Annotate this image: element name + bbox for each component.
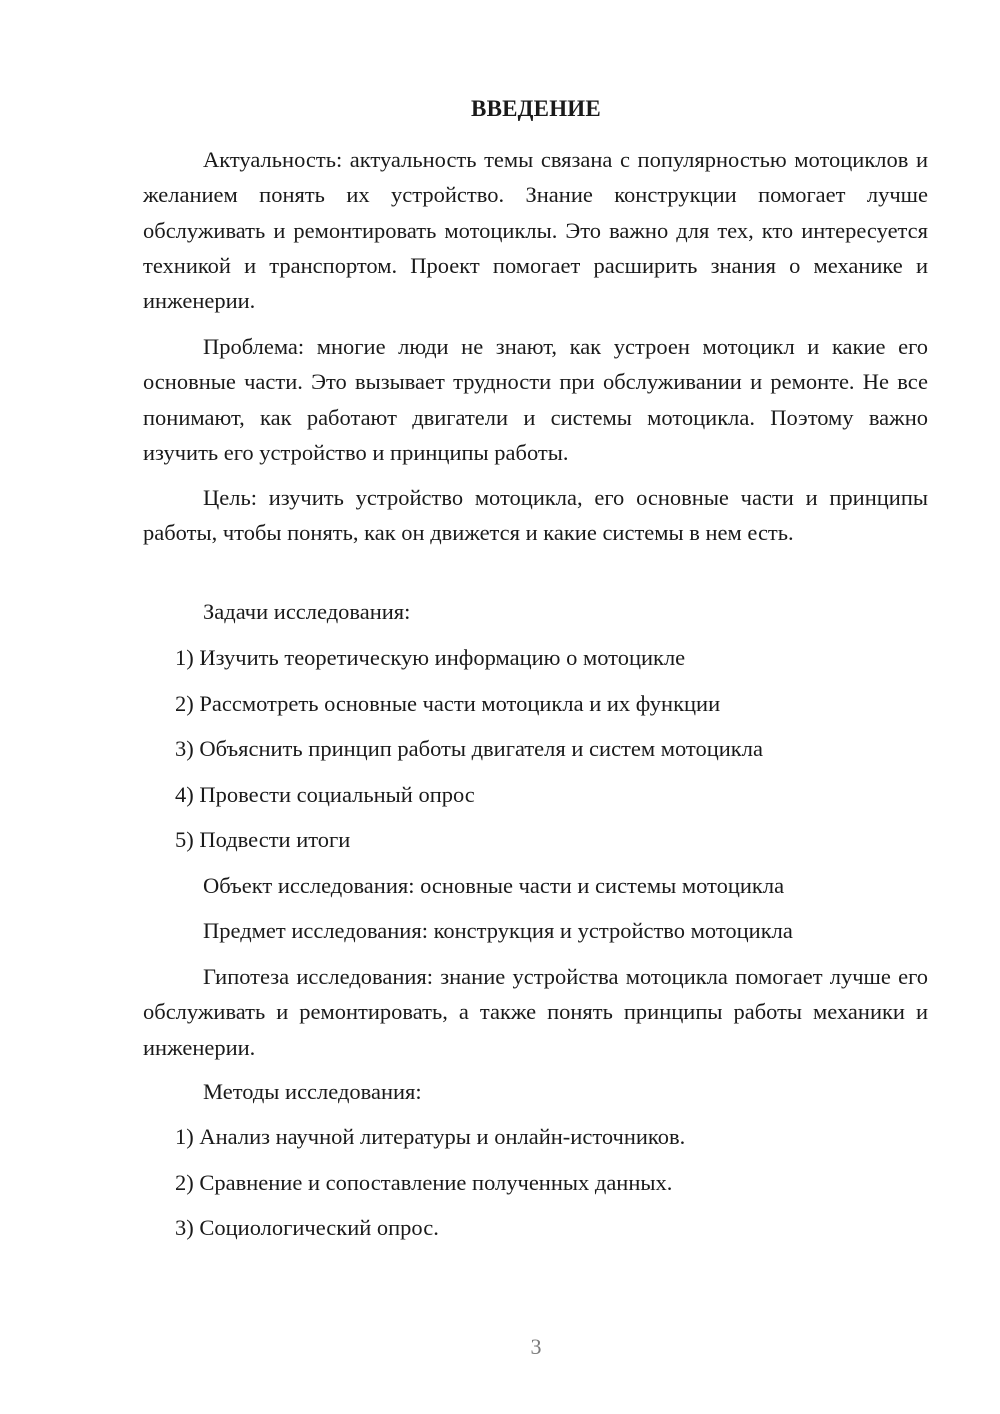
goal-paragraph: Цель: изучить устройство мотоцикла, его … [143,480,928,551]
subject-text: Предмет исследования: конструкция и устр… [203,916,793,946]
task-item: 5) Подвести итоги [175,825,350,855]
document-page: ВВЕДЕНИЕ Актуальность: актуальность темы… [0,0,1000,1414]
methods-heading: Методы исследования: [203,1077,422,1107]
tasks-heading: Задачи исследования: [203,597,410,627]
object-text: Объект исследования: основные части и си… [203,871,784,901]
page-number: 3 [0,1334,1000,1360]
hypothesis-text: Гипотеза исследования: знание устройства… [143,964,928,1060]
problem-paragraph: Проблема: многие люди не знают, как устр… [143,329,928,470]
task-item: 3) Объяснить принцип работы двигателя и … [175,734,763,764]
relevance-paragraph: Актуальность: актуальность темы связана … [143,142,928,318]
goal-text: Цель: изучить устройство мотоцикла, его … [143,485,928,545]
hypothesis-paragraph: Гипотеза исследования: знание устройства… [143,959,928,1065]
method-item: 3) Социологический опрос. [175,1213,439,1243]
relevance-text: Актуальность: актуальность темы связана … [143,147,928,313]
problem-text: Проблема: многие люди не знают, как устр… [143,334,928,465]
task-item: 1) Изучить теоретическую информацию о мо… [175,643,685,673]
task-item: 4) Провести социальный опрос [175,780,475,810]
method-item: 1) Анализ научной литературы и онлайн-ис… [175,1122,685,1152]
section-title: ВВЕДЕНИЕ [0,96,1000,122]
task-item: 2) Рассмотреть основные части мотоцикла … [175,689,720,719]
method-item: 2) Сравнение и сопоставление полученных … [175,1168,672,1198]
